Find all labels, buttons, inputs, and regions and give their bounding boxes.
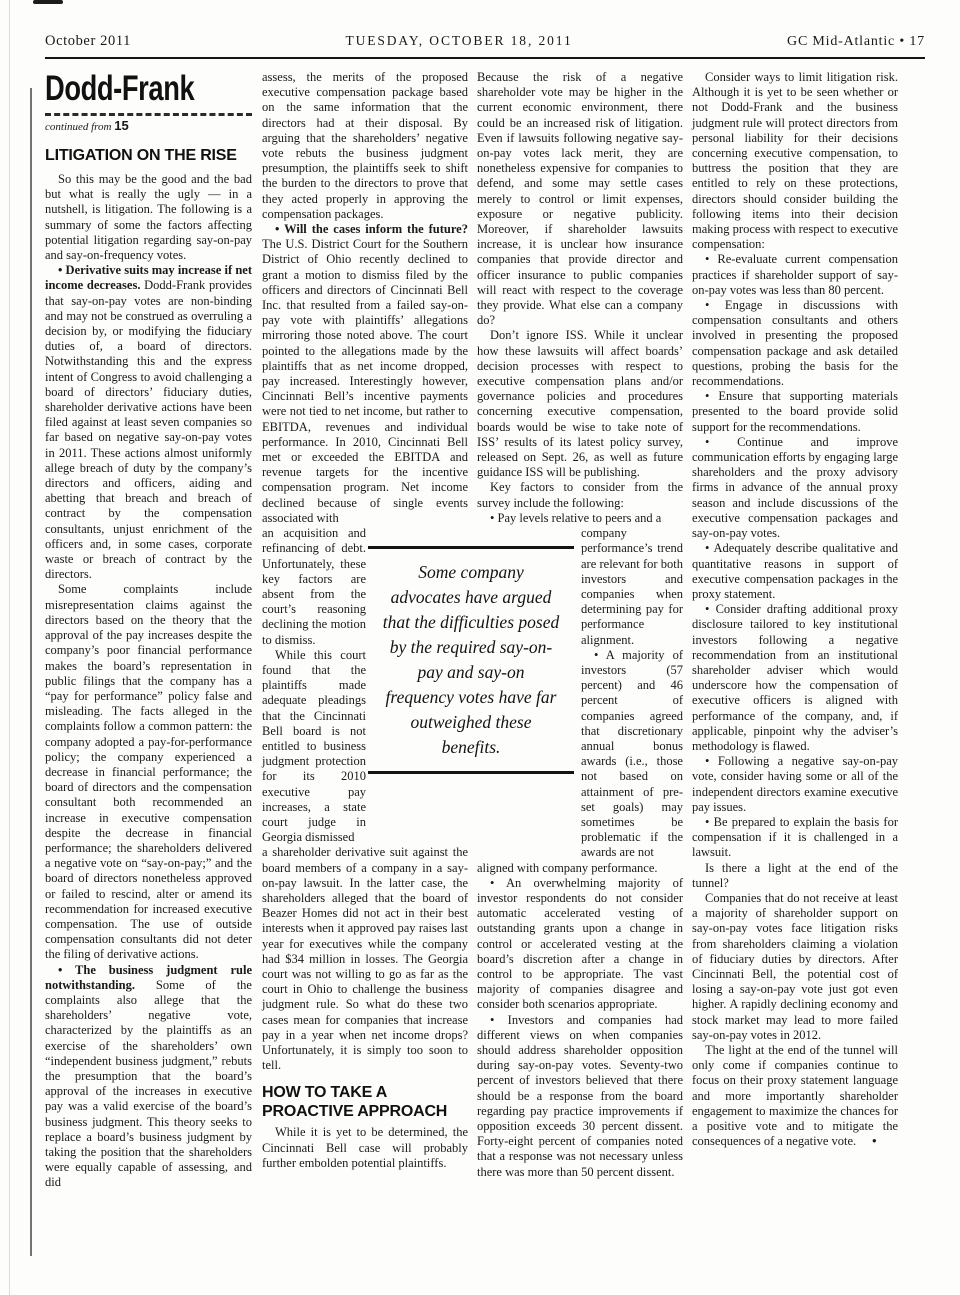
body-paragraph: an acquisition and refinancing of debt. …: [262, 526, 366, 648]
page-fold-line: [30, 88, 32, 1256]
body-paragraph: • The business judgment rule notwithstan…: [45, 963, 252, 1191]
body-paragraph: • Adequately describe qualitative and qu…: [692, 541, 898, 602]
body-paragraph: Consider ways to limit litigation risk. …: [692, 70, 898, 252]
article-end-mark: •: [872, 1134, 876, 1148]
page-header: October 2011 TUESDAY, OCTOBER 18, 2011 G…: [45, 33, 925, 50]
section-heading-proactive: HOW TO TAKE A PROACTIVE APPROACH: [262, 1083, 468, 1121]
paragraph-text: Because the risk of a negative sharehold…: [477, 70, 683, 327]
paragraph-text: Don’t ignore ISS. While it unclear how t…: [477, 328, 683, 479]
body-paragraph: • Continue and improve communication eff…: [692, 435, 898, 541]
paragraph-text: • Be prepared to explain the basis for c…: [692, 815, 898, 859]
paragraph-text: While it is yet to be determined, the Ci…: [262, 1125, 468, 1169]
header-publication-page: GC Mid-Atlantic • 17: [787, 34, 925, 50]
paragraph-text: • Following a negative say-on-pay vote, …: [692, 754, 898, 814]
section-heading-litigation: LITIGATION ON THE RISE: [45, 146, 252, 165]
header-rule: [45, 57, 925, 59]
bold-lead: • Will the cases inform the future?: [275, 222, 468, 236]
body-paragraph: • Engage in discussions with compensatio…: [692, 298, 898, 389]
text-wrap-beside-quote: company performance’s trend are relevant…: [581, 526, 683, 860]
body-paragraph: • Pay levels relative to peers and a: [477, 511, 683, 526]
paragraph-text: • Investors and companies had different …: [477, 1013, 683, 1179]
body-paragraph: The light at the end of the tunnel will …: [692, 1043, 898, 1149]
paragraph-text: Consider ways to limit litigation risk. …: [692, 70, 898, 251]
body-paragraph: Companies that do not receive at least a…: [692, 891, 898, 1043]
body-paragraph: company performance’s trend are relevant…: [581, 526, 683, 648]
paragraph-text: • Ensure that supporting materials prese…: [692, 389, 898, 433]
body-paragraph: a shareholder derivative suit against th…: [262, 845, 468, 1073]
continued-from-label: continued from: [45, 121, 112, 133]
paragraph-text: • Adequately describe qualitative and qu…: [692, 541, 898, 601]
paragraph-text: Dodd-Frank provides that say-on-pay vote…: [45, 278, 252, 581]
page-edge-shadow: [9, 0, 10, 1295]
paragraph-text: Some of the complaints also allege that …: [45, 978, 252, 1190]
paragraph-text: • Engage in discussions with compensatio…: [692, 298, 898, 388]
body-paragraph: • Ensure that supporting materials prese…: [692, 389, 898, 435]
body-paragraph: Because the risk of a negative sharehold…: [477, 70, 683, 328]
pull-quote: Some company advocates have argued that …: [368, 546, 574, 774]
paragraph-text: • A majority of investors (57 percent) a…: [581, 648, 683, 860]
paragraph-text: an acquisition and refinancing of debt. …: [262, 526, 366, 646]
continued-from: continued from 15: [45, 119, 252, 134]
paragraph-text: Companies that do not receive at least a…: [692, 891, 898, 1042]
continued-from-page: 15: [114, 118, 128, 133]
paragraph-text: Is there a light at the end of the tunne…: [692, 861, 898, 890]
body-paragraph: Key factors to consider from the survey …: [477, 480, 683, 510]
body-paragraph: • Investors and companies had different …: [477, 1013, 683, 1180]
newspaper-page: October 2011 TUESDAY, OCTOBER 18, 2011 G…: [0, 0, 960, 1295]
paragraph-text: • Consider drafting additional proxy dis…: [692, 602, 898, 753]
body-paragraph: So this may be the good and the bad but …: [45, 172, 252, 263]
body-paragraph: • Following a negative say-on-pay vote, …: [692, 754, 898, 815]
article-title: Dodd-Frank: [45, 70, 206, 108]
paragraph-text: Key factors to consider from the survey …: [477, 480, 683, 509]
paragraph-text: The U.S. District Court for the Southern…: [262, 237, 468, 525]
body-paragraph: Some complaints include misrepresentatio…: [45, 582, 252, 962]
paragraph-text: assess, the merits of the proposed execu…: [262, 70, 468, 221]
header-date: TUESDAY, OCTOBER 18, 2011: [345, 33, 572, 49]
paragraph-text: company performance’s trend are relevant…: [581, 526, 683, 646]
scan-artifact: [33, 0, 63, 4]
paragraph-text: • Continue and improve communication eff…: [692, 435, 898, 540]
column-4: Consider ways to limit litigation risk. …: [692, 70, 898, 1149]
column-1: Dodd-Frank continued from 15 LITIGATION …: [45, 70, 252, 1191]
pull-quote-text: Some company advocates have argued that …: [382, 560, 560, 760]
header-issue-month: October 2011: [45, 33, 131, 50]
paragraph-text: • Pay levels relative to peers and a: [490, 511, 661, 525]
body-paragraph: • Be prepared to explain the basis for c…: [692, 815, 898, 861]
body-paragraph: • Re-evaluate current compensation pract…: [692, 252, 898, 298]
body-paragraph: • Will the cases inform the future? The …: [262, 222, 468, 526]
paragraph-text: The light at the end of the tunnel will …: [692, 1043, 898, 1148]
paragraph-text: While this court found that the plaintif…: [262, 648, 366, 844]
body-paragraph: aligned with company performance.: [477, 861, 683, 876]
paragraph-text: Some complaints include misrepresentatio…: [45, 582, 252, 961]
paragraph-text: a shareholder derivative suit against th…: [262, 845, 468, 1072]
dashed-rule: [45, 113, 252, 116]
paragraph-text: • An overwhelming majority of investor r…: [477, 876, 683, 1012]
body-paragraph: Don’t ignore ISS. While it unclear how t…: [477, 328, 683, 480]
body-paragraph: Is there a light at the end of the tunne…: [692, 861, 898, 891]
body-paragraph: assess, the merits of the proposed execu…: [262, 70, 468, 222]
paragraph-text: aligned with company performance.: [477, 861, 658, 875]
paragraph-text: • Re-evaluate current compensation pract…: [692, 252, 898, 296]
body-paragraph: While it is yet to be determined, the Ci…: [262, 1125, 468, 1171]
body-paragraph: While this court found that the plaintif…: [262, 648, 366, 846]
body-paragraph: • An overwhelming majority of investor r…: [477, 876, 683, 1013]
text-wrap-beside-quote: an acquisition and refinancing of debt. …: [262, 526, 366, 845]
body-paragraph: • A majority of investors (57 percent) a…: [581, 648, 683, 861]
body-paragraph: • Consider drafting additional proxy dis…: [692, 602, 898, 754]
paragraph-text: So this may be the good and the bad but …: [45, 172, 252, 262]
body-paragraph: • Derivative suits may increase if net i…: [45, 263, 252, 582]
